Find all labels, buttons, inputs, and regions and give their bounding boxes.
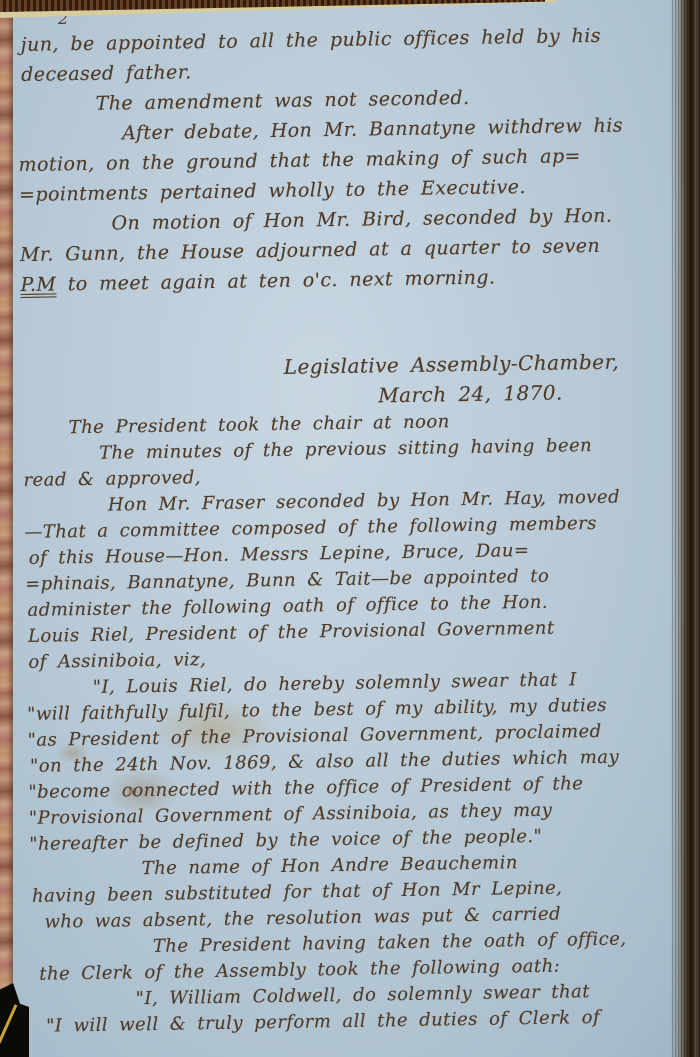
manuscript-page: 2 jun, be appointed to all the public of… bbox=[0, 0, 700, 1057]
pm-line-rest: to meet again at ten o'c. next morning. bbox=[56, 267, 496, 296]
book-marbled-edge bbox=[0, 0, 13, 1057]
manuscript-text: jun, be appointed to all the public offi… bbox=[16, 0, 692, 1040]
heading-date: March 24, 1870. bbox=[378, 376, 682, 411]
binding-clip-accent bbox=[0, 1004, 17, 1044]
book-page-edges bbox=[670, 0, 700, 1057]
manuscript-photo: 2 jun, be appointed to all the public of… bbox=[0, 0, 700, 1057]
pm-abbreviation: P.M bbox=[20, 273, 56, 296]
